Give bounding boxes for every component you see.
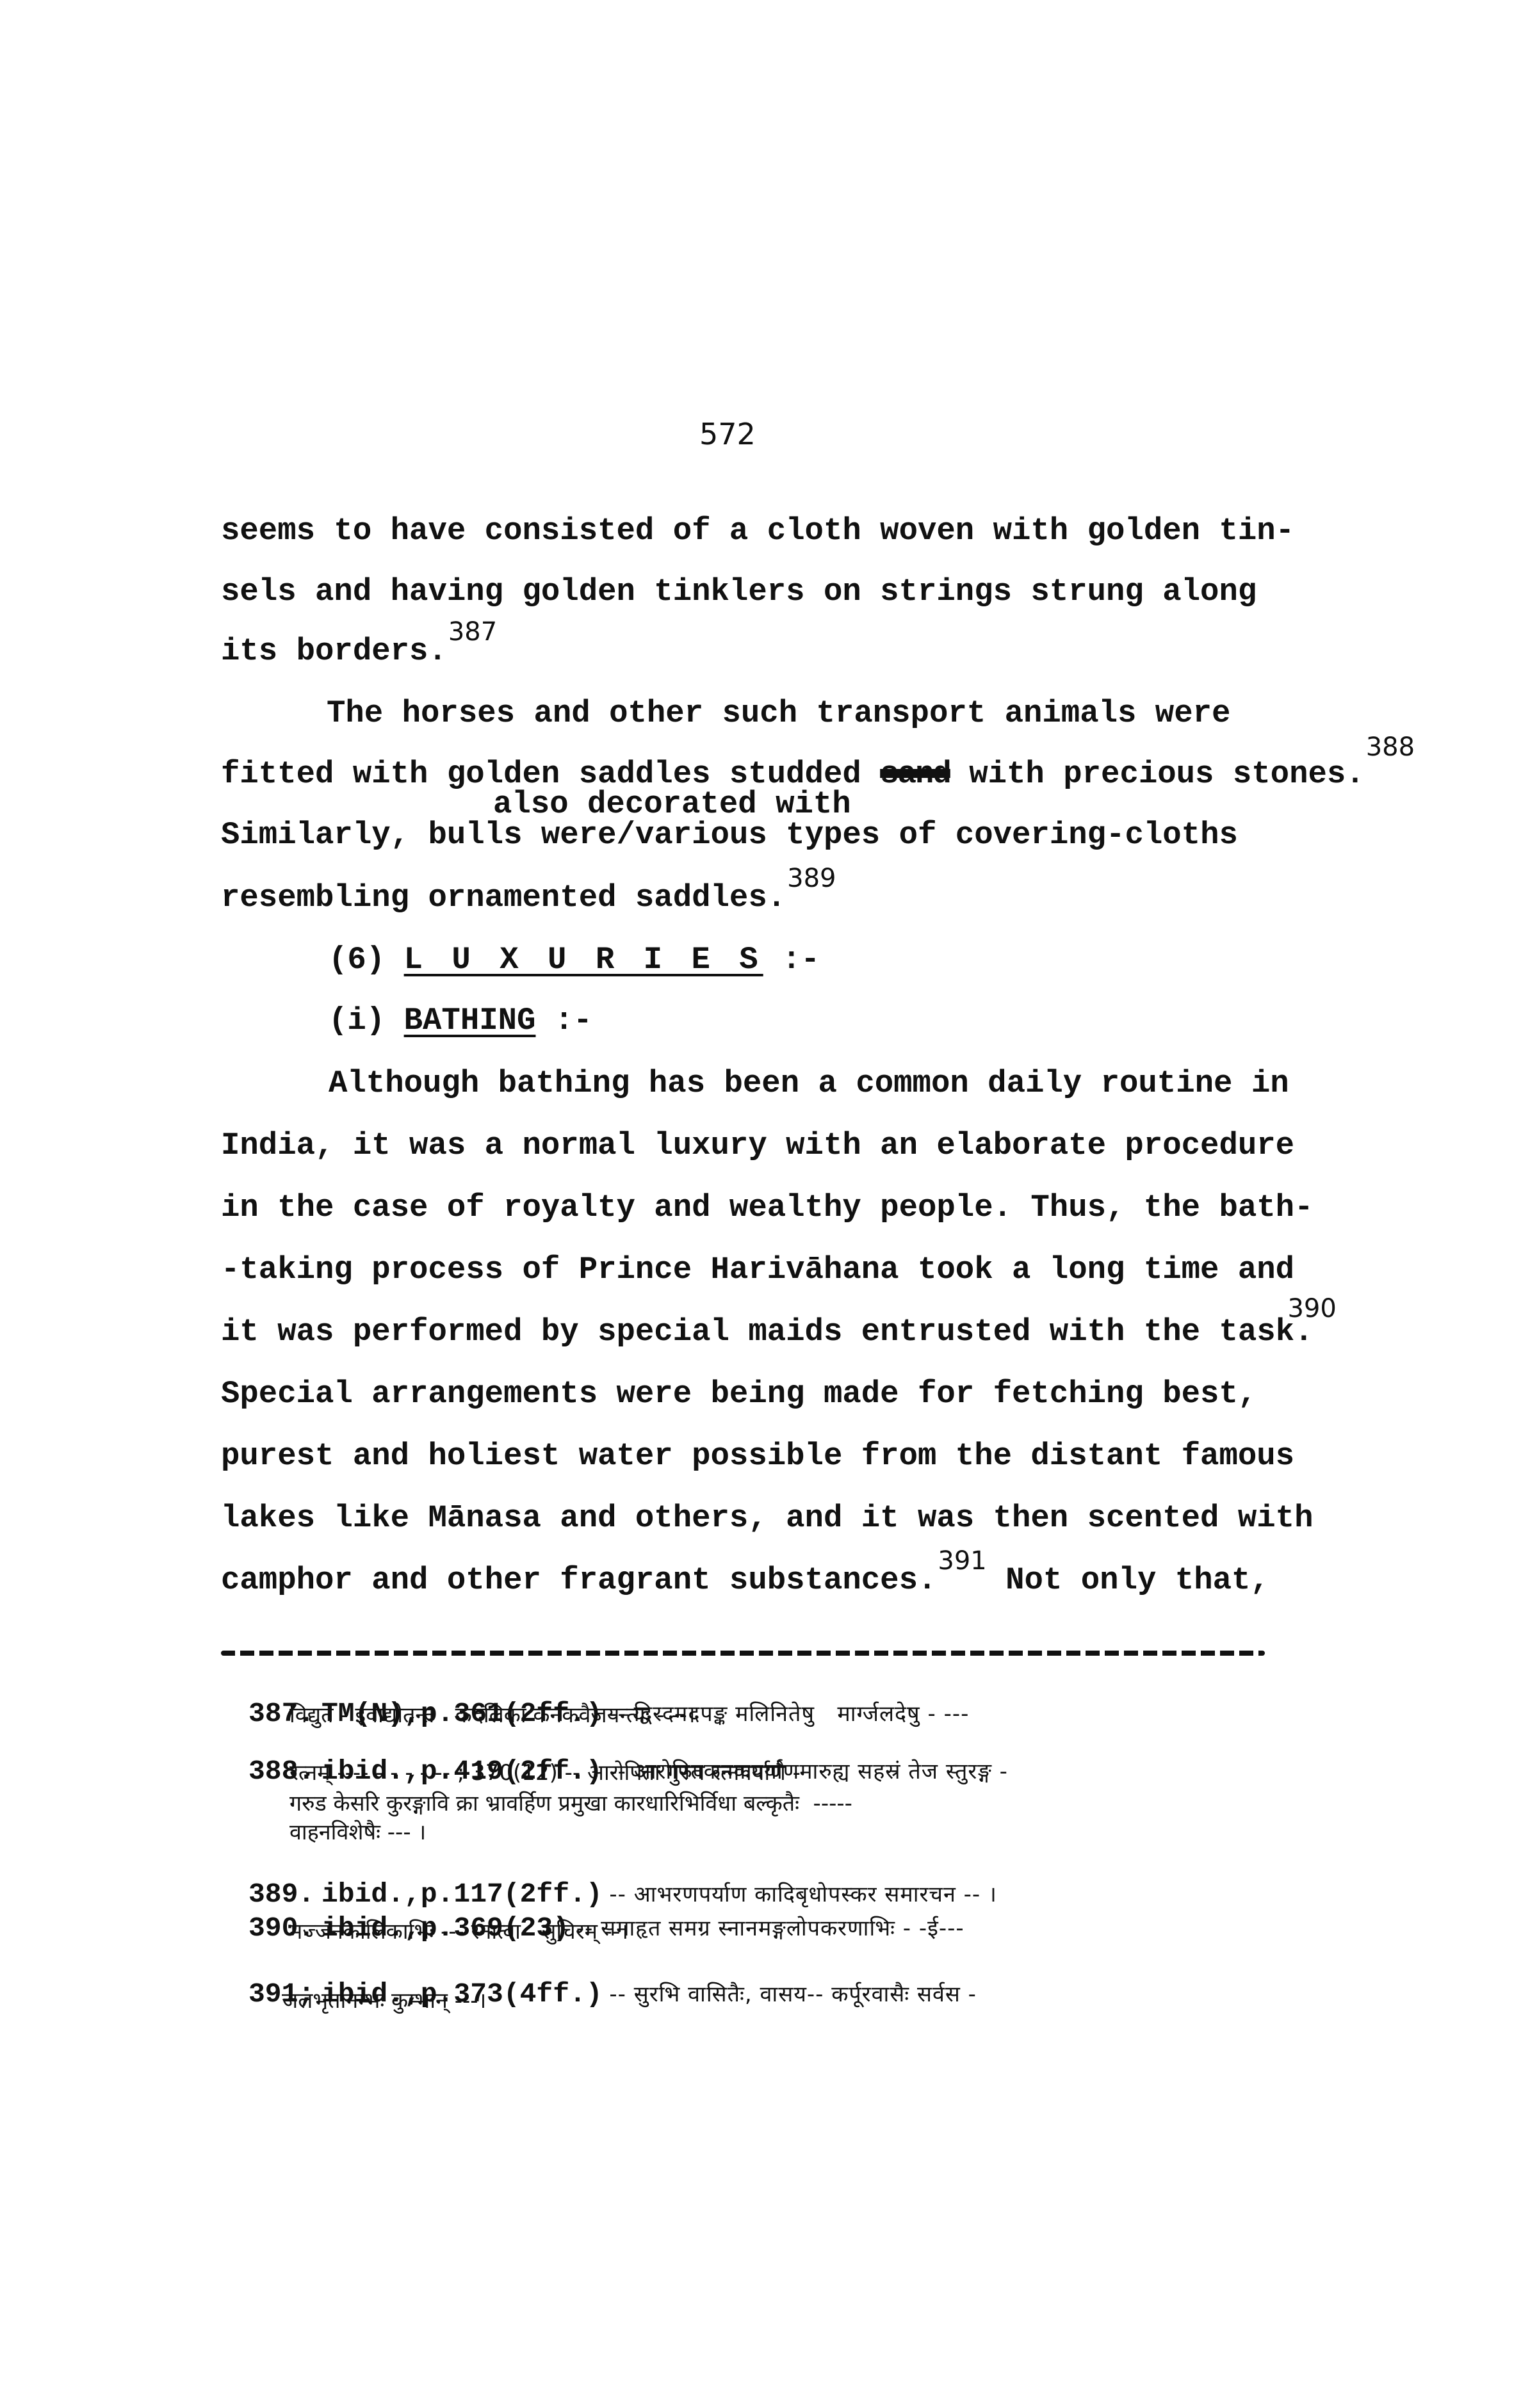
subsection-heading-title: BATHING	[404, 1003, 536, 1038]
footnote-ref-389[interactable]: 389	[787, 864, 836, 893]
paragraph-line: lakes like Mānasa and others, and it was…	[221, 1503, 1313, 1534]
footnote-390-cont: मज्जनकालिकाभिः --- स्नात्वा सुचिरम् --।	[289, 1921, 628, 1943]
footnote-388-cont: वाहनविशेषैः --- ।	[289, 1822, 426, 1843]
body-line: its borders.387	[221, 636, 497, 667]
paragraph-line: -taking process of Prince Harivāhana too…	[221, 1254, 1294, 1286]
section-heading: (6) L U X U R I E S :-	[329, 944, 820, 976]
footnote-separator	[221, 1651, 1265, 1656]
footnote-ref-391[interactable]: 391	[938, 1546, 986, 1576]
body-line: The horses and other such transport anim…	[327, 698, 1230, 729]
footnote-ref-388[interactable]: 388	[1366, 732, 1415, 762]
footnote-388-cont: गरुड केसरि कुरङ्गावि क्रा भ्रावर्हिण प्र…	[289, 1793, 852, 1814]
footnote-387-cont: विद्युत - इवाद्योतन्त कदलिका कनकवैजयन्त्…	[289, 1704, 696, 1726]
footnote-sanskrit: -- सुरभि वासितैः, वासय-- कर्पूरवासैः सर्…	[609, 1982, 977, 2007]
paragraph-line: it was performed by special maids entrus…	[221, 1316, 1337, 1348]
subsection-heading: (i) BATHING :-	[329, 1005, 592, 1037]
body-line: seems to have consisted of a cloth woven…	[221, 515, 1294, 547]
paragraph-line: camphor and other fragrant substances.39…	[221, 1565, 1269, 1596]
document-page: 572 seems to have consisted of a cloth w…	[0, 0, 1530, 2408]
body-line: Similarly, bulls were/various types of c…	[221, 820, 1238, 851]
footnote-391-cont: जलभृतानम्भः कुम्भान् ---।	[282, 1990, 486, 2012]
interlinear-insertion: also decorated with	[493, 789, 851, 820]
paragraph-line: in the case of royalty and wealthy peopl…	[221, 1192, 1313, 1224]
body-line: resembling ornamented saddles.389	[221, 882, 836, 914]
struck-word: sand	[880, 756, 950, 792]
section-heading-title: L U X U R I E S	[404, 942, 763, 978]
paragraph-line: purest and holiest water possible from t…	[221, 1441, 1294, 1472]
paragraph-line: India, it was a normal luxury with an el…	[221, 1130, 1294, 1161]
insertion-caret: /	[617, 817, 635, 853]
paragraph-line: Special arrangements were being made for…	[221, 1378, 1257, 1410]
body-line: fitted with golden saddles studded sand …	[221, 759, 1415, 790]
footnote-ref-387[interactable]: 387	[448, 617, 497, 647]
page-number: 572	[699, 419, 756, 449]
body-line: sels and having golden tinklers on strin…	[221, 576, 1257, 608]
footnote-sanskrit: -- समाहृत समग्र स्नानमङ्गलोपकरणाभिः - -ई…	[576, 1916, 964, 1941]
paragraph-line: Although bathing has been a common daily…	[329, 1068, 1289, 1099]
footnote-ref-390[interactable]: 390	[1287, 1294, 1336, 1323]
footnote-388-cont: रत्नम् ---- - - - - -- ; 370(12) -- आरोप…	[289, 1762, 801, 1784]
